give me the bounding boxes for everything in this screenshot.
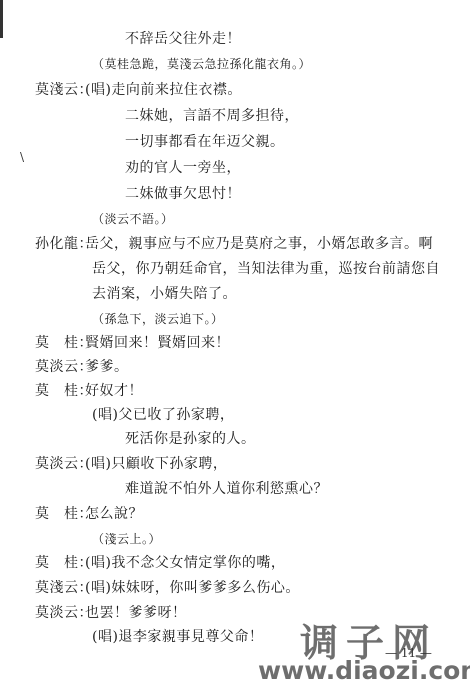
scan-edge-mark — [0, 0, 3, 38]
line-text: 二妹做事欠思忖！ — [125, 186, 241, 202]
dialogue-line: 莫 桂：怎么說？ — [35, 505, 143, 523]
scanned-script-page: 不辞岳父往外走！（莫桂急跪，莫淺云急拉孫化龍衣角。）莫淺云：(唱)走向前来拉住衣… — [0, 0, 470, 690]
continuation-line: 劝的官人一旁坐， — [125, 159, 241, 177]
dialogue-line: 莫淡云：爹爹。 — [35, 358, 129, 376]
line-text: 劝的官人一旁坐， — [125, 160, 241, 176]
speaker-name: 孙化龍： — [35, 235, 85, 253]
line-text: 死活你是孙家的人。 — [125, 431, 256, 447]
line-text: （莫桂急跪，莫淺云急拉孫化龍衣角。） — [92, 57, 311, 71]
continuation-line: 不辞岳父往外走！ — [125, 30, 241, 48]
line-text: 二妹她，言語不周多担待， — [125, 108, 299, 124]
line-text: （淺云上。） — [92, 532, 161, 546]
line-text: 賢婿回来！賢婿回来！ — [85, 335, 230, 351]
line-text: 不辞岳父往外走！ — [125, 31, 241, 47]
line-text: 难道說不怕外人道你利慾熏心？ — [125, 481, 328, 497]
line-text: 一切事都看在年迈父親。 — [125, 134, 285, 150]
dialogue-line: 莫淺云：(唱)走向前来拉住衣襟。 — [35, 81, 242, 99]
speaker-name: 莫淡云： — [35, 455, 85, 473]
line-text: 岳父，你乃朝廷命官，当知法律为重，巡按台前請您自 — [92, 261, 440, 277]
speaker-name: 莫淺云： — [35, 81, 85, 99]
stage-direction: （莫桂急跪，莫淺云急拉孫化龍衣角。） — [92, 55, 311, 73]
continuation-line: 二妹做事欠思忖！ — [125, 185, 241, 203]
dialogue-line: 莫淡云：(唱)只顧收下孙家聘， — [35, 455, 227, 473]
line-text: （孫急下，淡云追下。） — [92, 312, 224, 326]
stage-direction: （孫急下，淡云追下。） — [92, 310, 224, 328]
line-text: （淡云不語。） — [92, 212, 174, 226]
dialogue-line: 莫淡云：也罢！爹爹呀！ — [35, 604, 187, 622]
continuation-line: 难道說不怕外人道你利慾熏心？ — [125, 480, 328, 498]
dialogue-line: 莫 桂：好奴才！ — [35, 382, 143, 400]
speaker-name: 莫淡云： — [35, 604, 85, 622]
dialogue-line: 莫 桂：賢婿回来！賢婿回来！ — [35, 334, 230, 352]
dialogue-line: 孙化龍：岳父，親事应与不应乃是莫府之事，小婿怎敢多言。啊 — [35, 235, 433, 253]
speaker-name: 莫淡云： — [35, 358, 85, 376]
dialogue-line: 莫淺云：(唱)妹妹呀，你叫爹爹多么伤心。 — [35, 579, 300, 597]
speaker-name: 莫淺云： — [35, 579, 85, 597]
dialogue-line: 莫 桂：(唱)我不念父女情定掌你的嘴， — [35, 554, 285, 572]
line-text: (唱)走向前来拉住衣襟。 — [85, 82, 242, 98]
speaker-name: 莫 桂： — [35, 382, 85, 400]
line-text: (唱)退李家親事見尊父命！ — [92, 629, 263, 645]
line-text: 也罢！爹爹呀！ — [85, 605, 187, 621]
speaker-name: 莫 桂： — [35, 334, 85, 352]
line-text: 爹爹。 — [85, 359, 129, 375]
continuation-line: 去消案，小婿失陪了。 — [92, 285, 237, 303]
continuation-line: 二妹她，言語不周多担待， — [125, 107, 299, 125]
stage-direction: （淺云上。） — [92, 530, 161, 548]
watermark-url: www.diaozi.com — [258, 656, 470, 685]
speaker-name: 莫 桂： — [35, 505, 85, 523]
continuation-line: 岳父，你乃朝廷命官，当知法律为重，巡按台前請您自 — [92, 260, 440, 278]
continuation-line: (唱)父已收了孙家聘， — [92, 406, 234, 424]
stage-direction: （淡云不語。） — [92, 210, 174, 228]
line-text: 岳父，親事应与不应乃是莫府之事，小婿怎敢多言。啊 — [85, 236, 433, 252]
line-text: 怎么說？ — [85, 506, 143, 522]
stray-scan-mark: \ — [20, 150, 24, 164]
line-text: (唱)妹妹呀，你叫爹爹多么伤心。 — [85, 580, 300, 596]
continuation-line: (唱)退李家親事見尊父命！ — [92, 628, 263, 646]
line-text: 去消案，小婿失陪了。 — [92, 286, 237, 302]
speaker-name: 莫 桂： — [35, 554, 85, 572]
line-text: (唱)我不念父女情定掌你的嘴， — [85, 555, 285, 571]
continuation-line: 死活你是孙家的人。 — [125, 430, 256, 448]
line-text: 好奴才！ — [85, 383, 143, 399]
continuation-line: 一切事都看在年迈父親。 — [125, 133, 285, 151]
line-text: (唱)父已收了孙家聘， — [92, 407, 234, 423]
line-text: (唱)只顧收下孙家聘， — [85, 456, 227, 472]
